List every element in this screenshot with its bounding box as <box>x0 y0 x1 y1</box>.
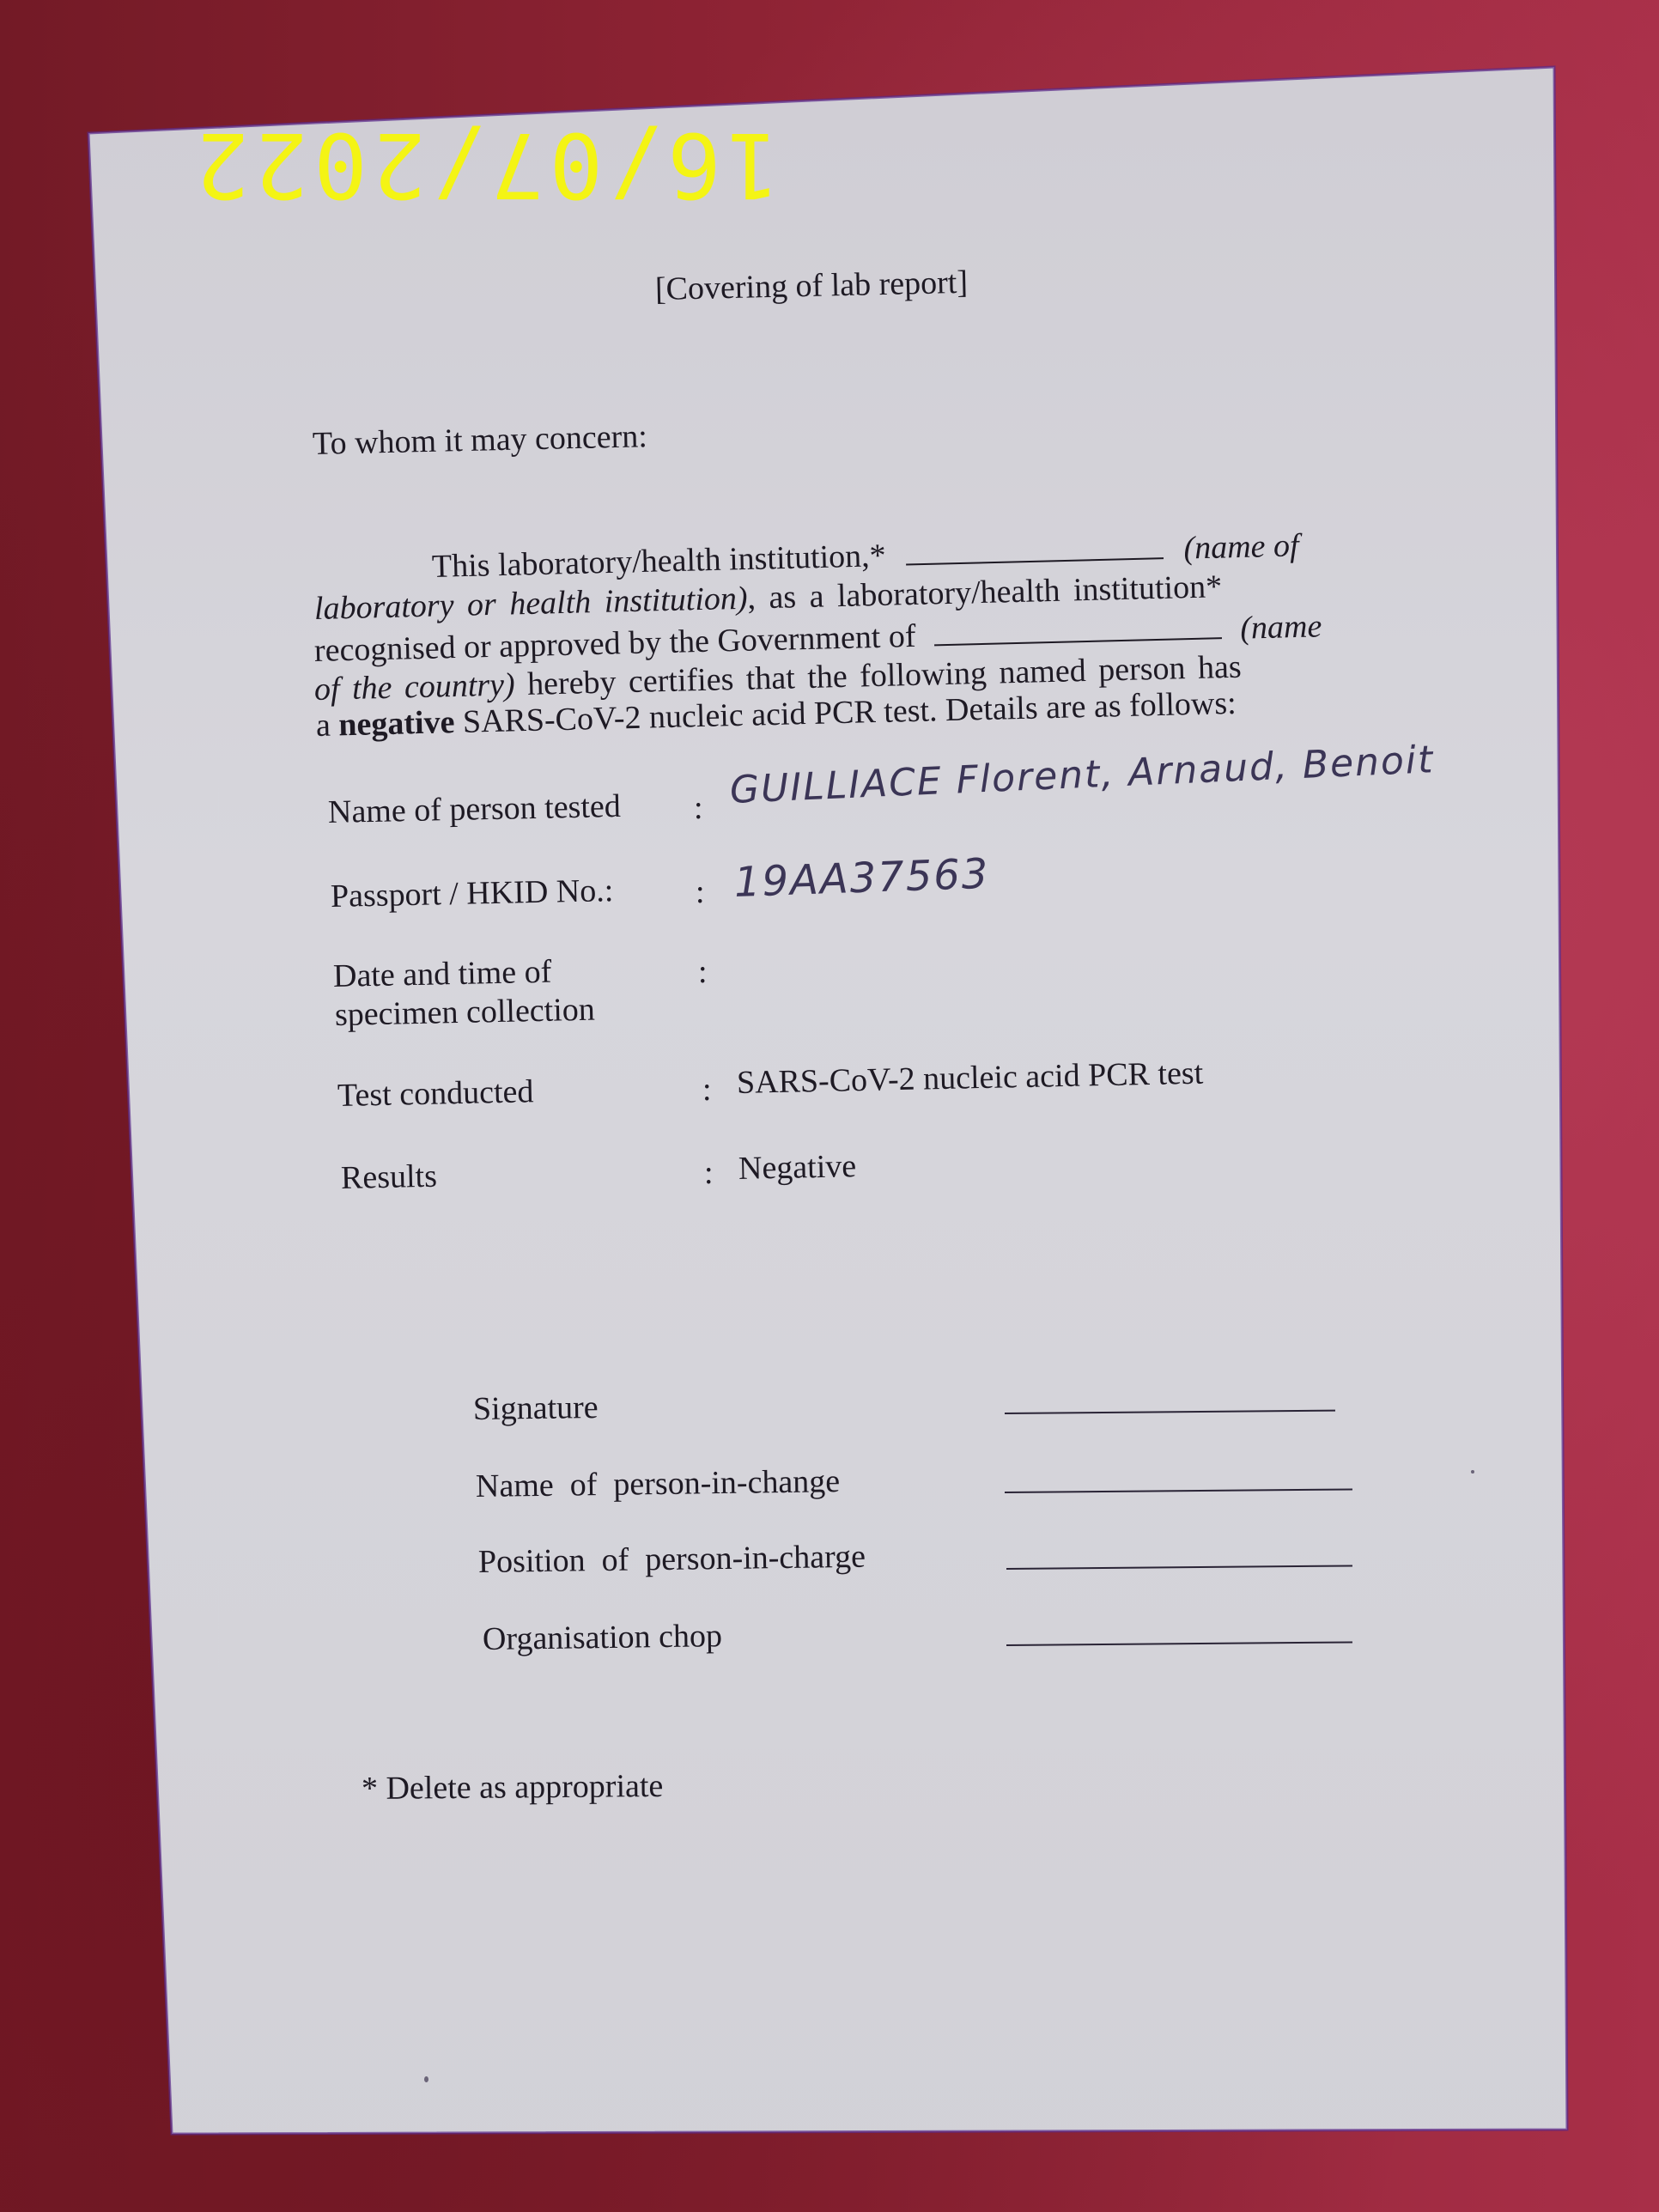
field-label-name: Name of person tested <box>328 790 622 829</box>
field-separator: : <box>698 956 708 988</box>
field-separator: : <box>694 792 703 824</box>
paper-speck <box>424 2076 428 2082</box>
field-label-date-line-1: Date and time of <box>333 956 552 993</box>
salutation: To whom it may concern: <box>313 420 648 460</box>
paper-speck <box>1471 1470 1474 1474</box>
document-title: [Covering of lab report] <box>655 266 969 306</box>
field-value-results: Negative <box>738 1150 857 1185</box>
field-separator: : <box>696 876 705 908</box>
paragraph-text: (name of <box>1183 527 1299 566</box>
field-label-date-line-2: specimen collection <box>335 994 596 1031</box>
organisation-chop-label: Organisation chop <box>483 1619 722 1656</box>
paragraph-text: (name <box>1240 608 1322 646</box>
document-paper <box>0 0 1659 2212</box>
position-of-person-in-charge-label: Position of person-in-charge <box>478 1540 866 1578</box>
field-separator: : <box>704 1157 714 1189</box>
negative-emphasis: negative <box>338 704 455 743</box>
blank-institution-name <box>906 532 1164 565</box>
handwritten-passport-number: 19AA37563 <box>733 850 990 907</box>
field-label-test: Test conducted <box>337 1075 534 1112</box>
paragraph-text: a <box>315 708 331 744</box>
name-of-person-in-charge-label: Name of person-in-change <box>476 1465 841 1503</box>
field-separator: : <box>702 1073 712 1106</box>
field-label-passport: Passport / HKID No.: <box>331 874 614 913</box>
footnote: * Delete as appropriate <box>362 1770 664 1805</box>
field-label-results: Results <box>341 1160 438 1194</box>
date-stamp: 16/07/2022 <box>191 120 780 210</box>
paragraph-text: of the country) <box>313 666 515 708</box>
signature-label: Signature <box>473 1391 599 1425</box>
blank-country-name <box>933 611 1222 646</box>
